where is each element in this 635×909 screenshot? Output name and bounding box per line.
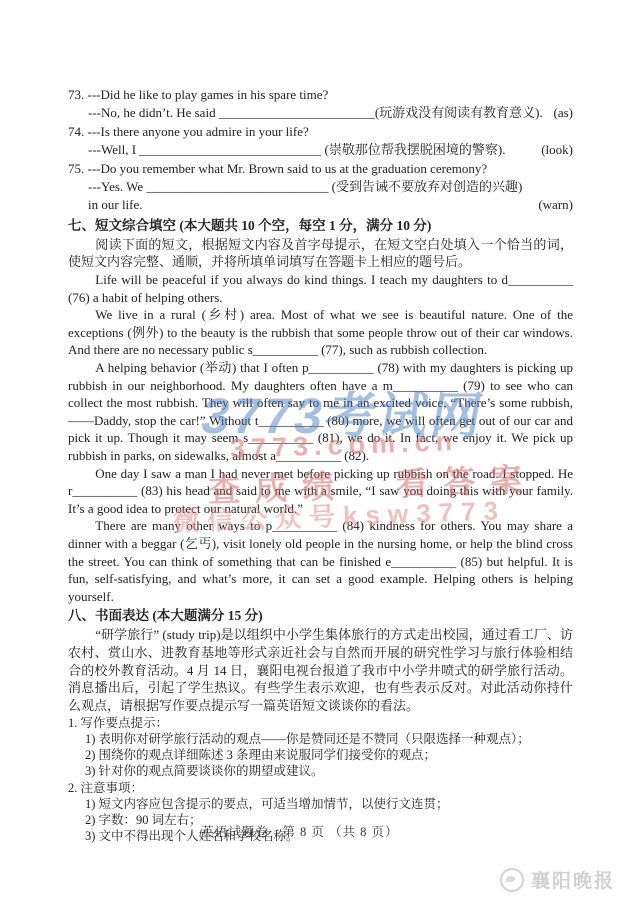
- text-line: Life will be peaceful if you always do k…: [68, 271, 573, 306]
- text-line: 73. ---Did he like to play games in his …: [68, 86, 573, 104]
- word-hint: (look): [533, 141, 573, 159]
- text-line: 75. ---Do you remember what Mr. Brown sa…: [68, 160, 573, 178]
- newspaper-logo-icon: [500, 868, 524, 892]
- section-header: 七、短文综合填空 (本大题共 10 个空，每空 1 分，满分 10 分): [68, 215, 573, 236]
- text-line: 1) 表明你对研学旅行活动的观点——你是赞同还是不赞同（只限选择一种观点）；: [68, 731, 573, 747]
- section-header: 八、书面表达 (本大题满分 15 分): [68, 605, 573, 626]
- text-line: 2) 围绕你的观点详细陈述 3 条理由来说服同学们接受你的观点；: [68, 747, 573, 763]
- content-blocks: 73. ---Did he like to play games in his …: [68, 86, 573, 844]
- exam-paper-page: 73. ---Did he like to play games in his …: [0, 0, 635, 909]
- text-line: ---Yes. We ____________________________ …: [68, 178, 573, 196]
- text-line: ---Well, I ____________________________ …: [68, 141, 573, 159]
- word-hint: (as): [546, 104, 574, 122]
- text-line: 3) 针对你的观点简要谈谈你的期望或建议。: [68, 763, 573, 779]
- text-line: There are many other ways to p__________…: [68, 517, 573, 605]
- question-text: in our life.: [88, 196, 143, 214]
- text-line: 74. ---Is there anyone you admire in you…: [68, 123, 573, 141]
- text-line: A helping behavior (举动) that I often p__…: [68, 359, 573, 465]
- text-line: We live in a rural (乡村) area. Most of wh…: [68, 306, 573, 359]
- question-text: ---Well, I ____________________________ …: [88, 141, 505, 159]
- text-line: One day I saw a man I had never met befo…: [68, 465, 573, 518]
- question-text: ---No, he didn’t. He said ______________…: [88, 104, 543, 122]
- text-line: 2. 注意事项：: [68, 780, 573, 796]
- publisher-badge: 襄阳晚报: [500, 866, 615, 893]
- text-line: ---No, he didn’t. He said ______________…: [68, 104, 573, 122]
- text-line: “研学旅行” (study trip)是以组织中小学生集体旅行的方式走出校园，通…: [68, 626, 573, 714]
- text-line: in our life.(warn): [68, 196, 573, 214]
- page-footer: 英语试题卷 第 8 页 （共 8 页）: [0, 822, 600, 840]
- text-line: 1) 短文内容应包含提示的要点，可适当增加情节，以使行文连贯；: [68, 796, 573, 812]
- text-line: 1. 写作要点提示：: [68, 715, 573, 731]
- text-line: 阅读下面的短文，根据短文内容及首字母提示，在短文空白处填入一个恰当的词，使短文内…: [68, 236, 573, 271]
- publisher-name: 襄阳晚报: [531, 866, 615, 893]
- word-hint: (warn): [530, 196, 573, 214]
